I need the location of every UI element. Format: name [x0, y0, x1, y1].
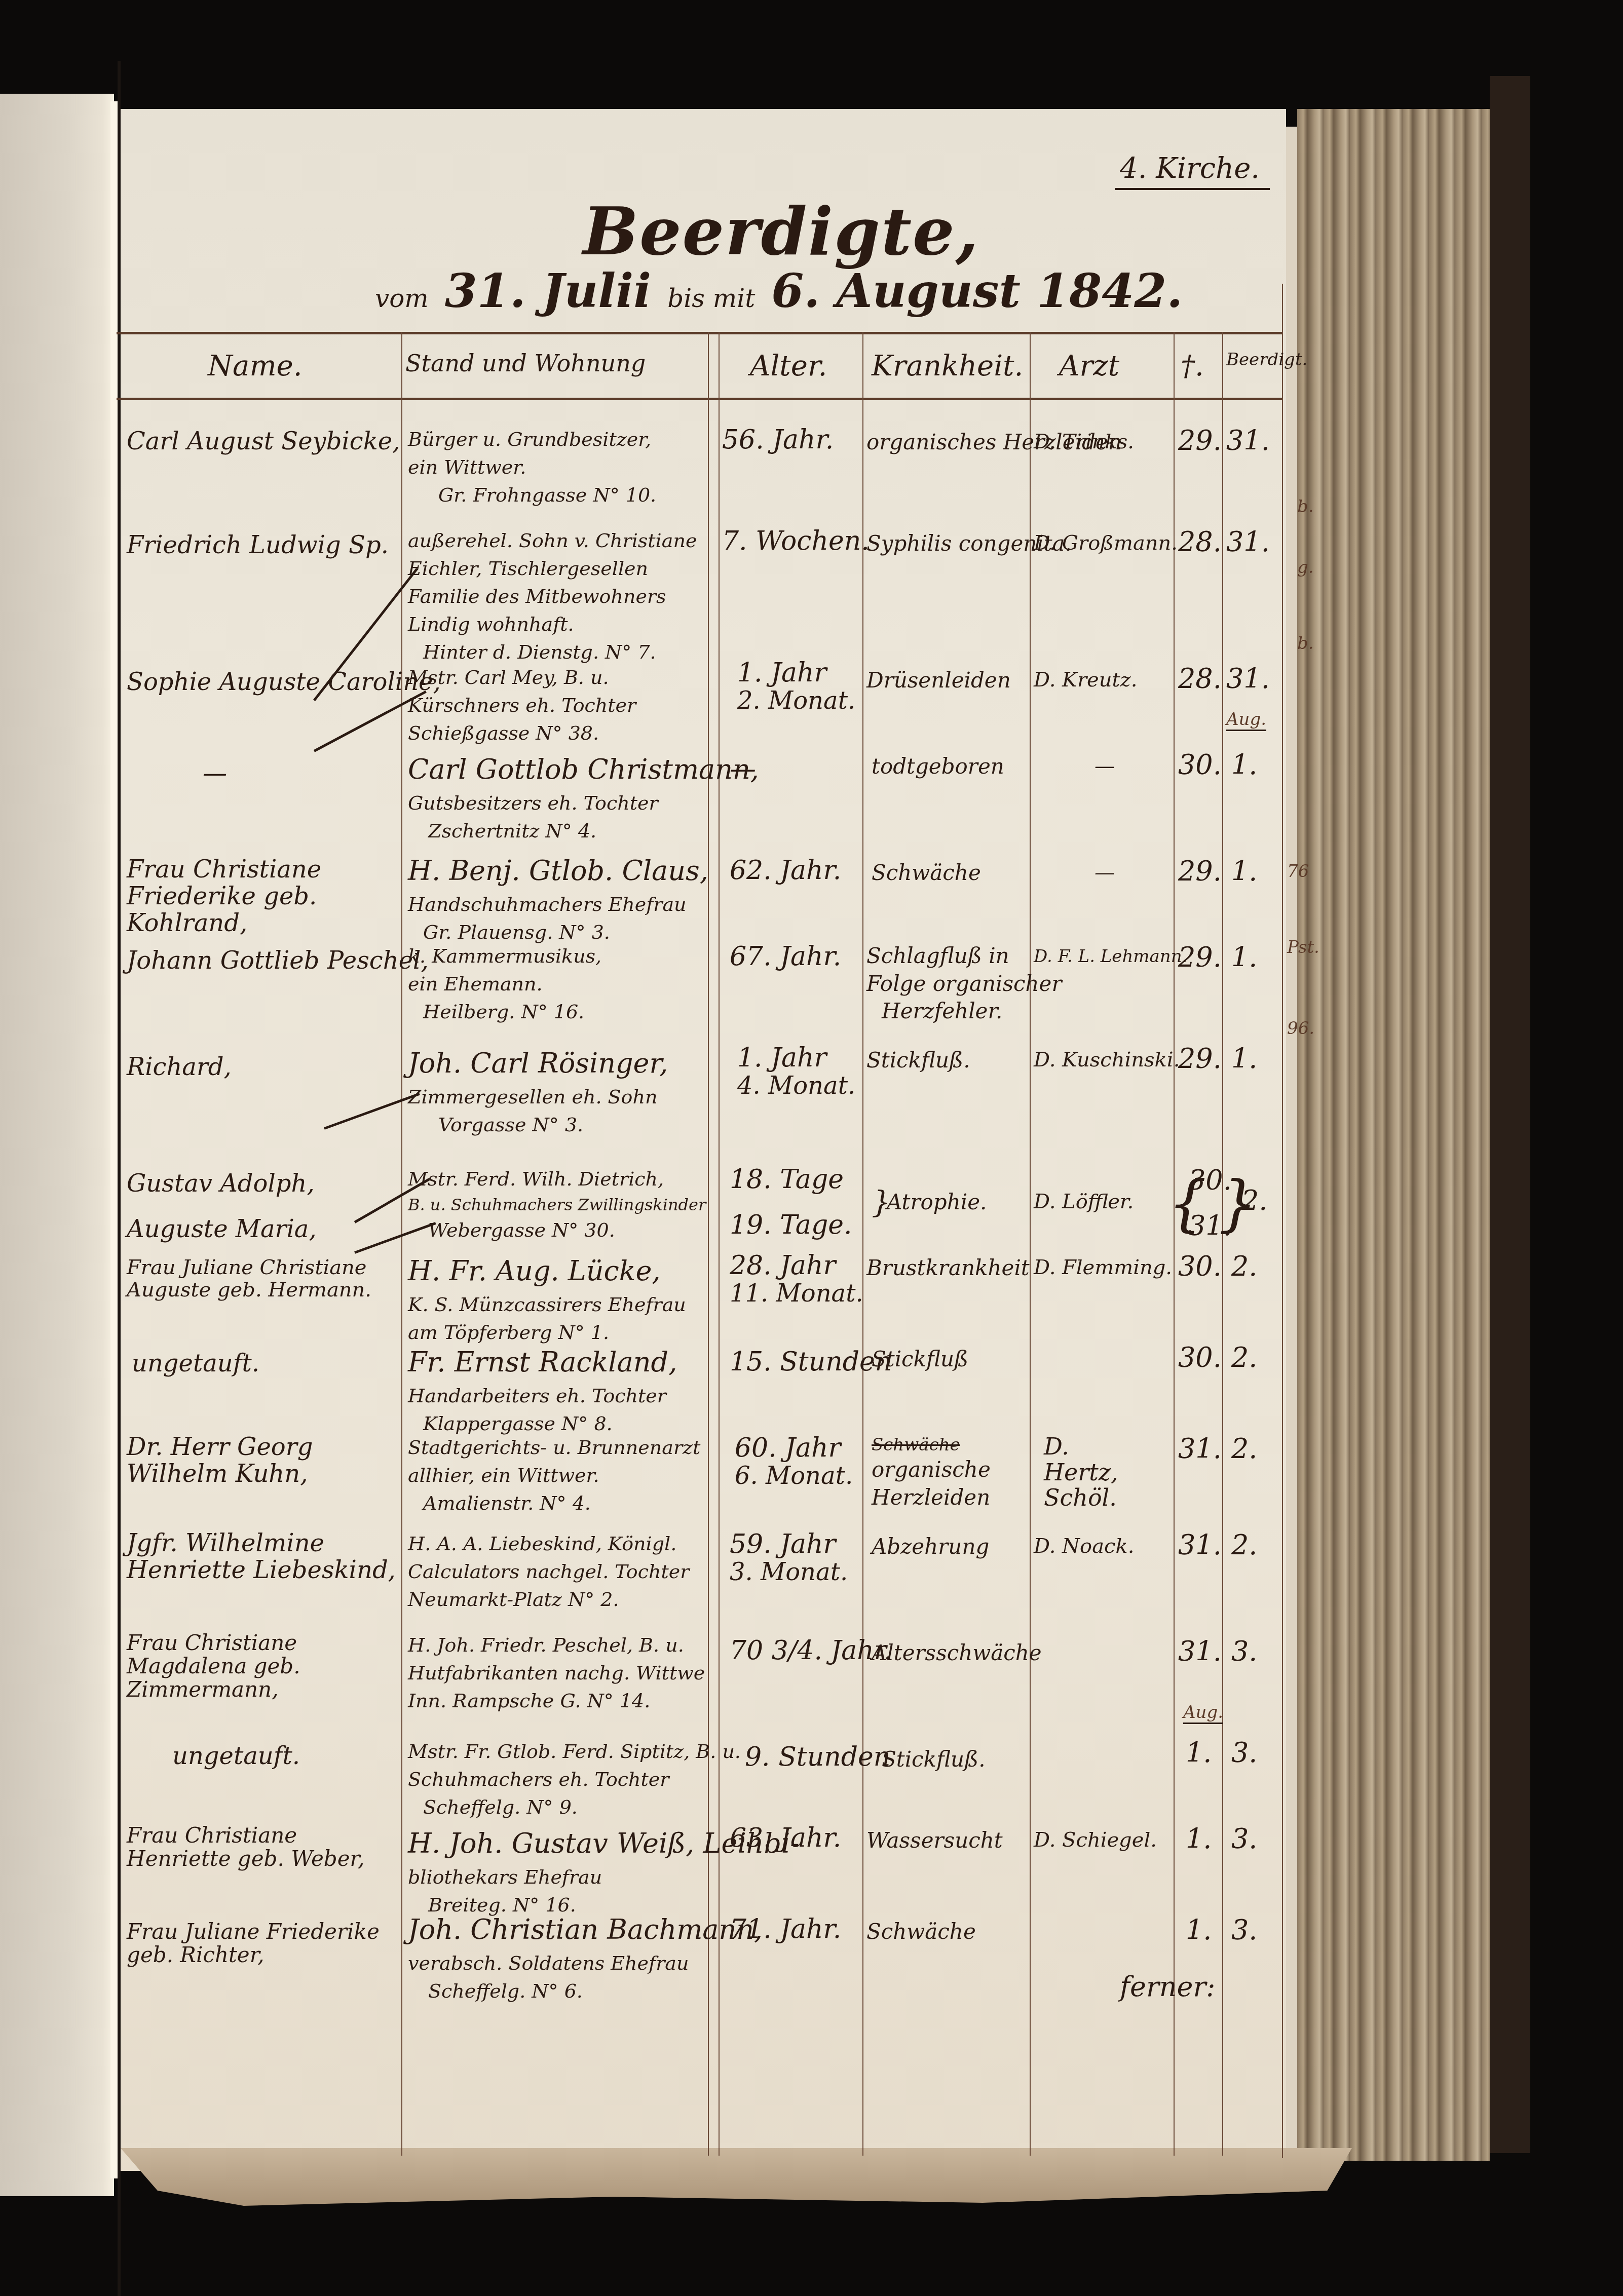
entry-stand: Mstr. Ferd. Wilh. Dietrich, B. u. Schuhm…: [408, 1165, 706, 1245]
entry-name: Frau Christiane Friederike geb. Kohlrand…: [127, 856, 400, 936]
stand-line: Carl Gottlob Christmann,: [408, 750, 759, 789]
stand-line: Mstr. Fr. Gtlob. Ferd. Siptitz, B. u.: [408, 1738, 741, 1766]
entry-krankheit: Schlagfluß in Folge organischer Herzfehl…: [866, 942, 1062, 1025]
stand-line: Zimmergesellen eh. Sohn: [408, 1083, 668, 1111]
entry-beerdigt: 1.: [1231, 856, 1258, 886]
entry-age: 1. Jahr 2. Monat.: [737, 659, 855, 714]
entry-beerdigt: 3.: [1231, 1738, 1258, 1768]
entry-age: —: [730, 755, 756, 784]
age-line: 11. Monat.: [730, 1280, 863, 1307]
entry-gestorben: 31.: [1178, 1636, 1222, 1666]
month-marker: Aug.: [1183, 1702, 1223, 1724]
continuation-note: ferner:: [1120, 1971, 1216, 2003]
age-line: 59. Jahr: [730, 1529, 836, 1559]
stand-line: Stadtgerichts- u. Brunnenarzt: [408, 1434, 700, 1462]
entry-stand: Fr. Ernst Rackland, Handarbeiters eh. To…: [408, 1343, 677, 1438]
header-stand: Stand und Wohnung: [405, 350, 646, 377]
date-to: 6. August 1842.: [771, 263, 1183, 318]
struck-diagnosis: Schwäche: [872, 1434, 1003, 1456]
entry-beerdigt: 2.: [1231, 1530, 1258, 1560]
entry-stand: Joh. Carl Rösinger, Zimmergesellen eh. S…: [408, 1044, 668, 1139]
stand-line: Joh. Christian Bachmann,: [408, 1910, 763, 1949]
stand-line: Kürschners eh. Tochter: [408, 692, 636, 719]
stand-line: K. S. Münzcassirers Ehefrau: [408, 1291, 686, 1319]
header-krankheit: Krankheit.: [872, 350, 1023, 382]
stand-line: Webergasse N° 30.: [408, 1216, 706, 1244]
age-line: 4. Monat.: [737, 1073, 855, 1099]
header-alter: Alter.: [750, 350, 827, 382]
entry-beerdigt: 3.: [1231, 1824, 1258, 1854]
entry-beerdigt: 1.: [1231, 1044, 1258, 1074]
table-header-rule: [117, 398, 1282, 400]
entry-beerdigt: 3.: [1231, 1915, 1258, 1945]
entry-stand: Mstr. Fr. Gtlob. Ferd. Siptitz, B. u. Sc…: [408, 1738, 741, 1821]
entry-arzt: D. Noack.: [1034, 1535, 1134, 1557]
krankheit-line: organische Herzleiden: [872, 1456, 1003, 1511]
entry-name: Frau Christiane Magdalena geb. Zimmerman…: [127, 1631, 400, 1702]
margin-mark: Pst.: [1287, 937, 1319, 958]
entry-gestorben: 28.: [1178, 527, 1222, 557]
entry-arzt: —: [1094, 755, 1115, 777]
stand-line: B. u. Schuhmachers Zwillingskinder: [408, 1193, 706, 1216]
entry-krankheit: Schwäche: [872, 861, 981, 885]
stand-line: Eichler, Tischlergesellen: [408, 555, 697, 583]
entry-krankheit: Abzehrung: [872, 1535, 989, 1558]
entry-name: ungetauft.: [172, 1743, 300, 1770]
entry-krankheit: Atrophie.: [887, 1191, 987, 1214]
entry-gestorben: 29.: [1178, 1044, 1222, 1074]
entry-beerdigt: 2.: [1231, 1434, 1258, 1464]
entry-krankheit: todtgeboren: [872, 755, 1004, 778]
stand-line: Scheffelg. N° 6.: [408, 1977, 763, 2005]
date-from: 31. Julii: [445, 263, 651, 318]
entry-age: 62. Jahr.: [730, 856, 841, 885]
stand-line: Hinter d. Dienstg. N° 7.: [408, 638, 697, 666]
stand-line: Bürger u. Grundbesitzer,: [408, 426, 656, 453]
stand-line: Gutsbesitzers eh. Tochter: [408, 789, 759, 817]
entry-arzt: D. Löffler.: [1034, 1191, 1134, 1213]
entry-arzt: D. Schiegel.: [1034, 1829, 1157, 1851]
entry-beerdigt: 31.: [1226, 426, 1270, 455]
entry-name: Frau Juliane Christiane Auguste geb. Her…: [127, 1256, 400, 1301]
entry-name: ungetauft.: [132, 1350, 259, 1377]
month-marker: Aug.: [1226, 709, 1266, 731]
entry-name: —: [203, 760, 227, 787]
date-mid: bis mit: [667, 284, 755, 313]
entry-age: 59. Jahr 3. Monat.: [730, 1530, 848, 1586]
entry-gestorben: 29.: [1178, 426, 1222, 455]
age-line: 3. Monat.: [730, 1559, 848, 1586]
entry-gestorben: 30.: [1178, 750, 1222, 780]
entry-beerdigt: 2.: [1231, 1251, 1258, 1281]
entry-gestorben: 30.: [1178, 1251, 1222, 1281]
krankheit-line: Schlagfluß in: [866, 942, 1062, 970]
stand-line: k. Kammermusikus,: [408, 942, 601, 970]
entry-arzt: D. Flemming.: [1034, 1256, 1172, 1279]
entry-age: 63. Jahr.: [730, 1824, 841, 1853]
stand-line: Inn. Rampsche G. N° 14.: [408, 1687, 705, 1715]
stand-line: außerehel. Sohn v. Christiane: [408, 527, 697, 555]
entry-age: 60. Jahr 6. Monat.: [735, 1434, 853, 1489]
entry-age: 19. Tage.: [730, 1211, 852, 1240]
entry-gestorben: 1.: [1186, 1824, 1212, 1854]
stand-line: Handschuhmachers Ehefrau: [408, 891, 708, 919]
entry-beerdigt: 31.: [1226, 527, 1270, 557]
corner-note: 4. Kirche.: [1115, 152, 1270, 190]
entry-name: Auguste Maria,: [127, 1216, 317, 1243]
entry-name: Jgfr. Wilhelmine Henriette Liebeskind,: [127, 1530, 400, 1584]
entry-stand: Joh. Christian Bachmann, verabsch. Solda…: [408, 1910, 763, 2005]
age-line: 1. Jahr: [737, 1043, 826, 1073]
entry-beerdigt: 1.: [1231, 942, 1258, 972]
entry-age: 56. Jahr.: [722, 426, 834, 454]
column-divider: [401, 332, 402, 2156]
entry-gestorben: 29.: [1178, 942, 1222, 972]
stand-line: Gr. Frohngasse N° 10.: [408, 481, 656, 509]
entry-krankheit: Drüsenleiden: [866, 669, 1011, 692]
krankheit-line: Herzfehler.: [866, 998, 1062, 1025]
entry-stand: Stadtgerichts- u. Brunnenarzt allhier, e…: [408, 1434, 700, 1517]
entry-stand: Mstr. Carl Mey, B. u. Kürschners eh. Toc…: [408, 664, 636, 747]
stand-line: Zschertnitz N° 4.: [408, 817, 759, 845]
entry-age: 67. Jahr.: [730, 942, 841, 971]
entry-beerdigt: 2.: [1231, 1343, 1258, 1372]
entry-name: Sophie Auguste Caroline,: [127, 669, 441, 696]
stand-line: Amalienstr. N° 4.: [408, 1489, 700, 1517]
stand-line: ein Wittwer.: [408, 453, 656, 481]
stand-line: Schießgasse N° 38.: [408, 719, 636, 747]
page-title: Beerdigte,: [583, 193, 979, 270]
stand-line: bliothekars Ehefrau: [408, 1863, 800, 1891]
entry-krankheit: Stickfluß.: [866, 1049, 970, 1072]
entry-name: Friedrich Ludwig Sp.: [127, 532, 389, 559]
stand-line: Neumarkt-Platz N° 2.: [408, 1586, 689, 1614]
entry-stand: k. Kammermusikus, ein Ehemann. Heilberg.…: [408, 942, 601, 1026]
entry-age: 9. Stunden: [745, 1743, 890, 1772]
register-sheet: 4. Kirche. Beerdigte, vom 31. Julii bis …: [0, 0, 1623, 2296]
date-range: vom 31. Julii bis mit 6. August 1842.: [375, 263, 1183, 318]
entry-arzt: D. Großmann.: [1034, 532, 1178, 554]
entry-krankheit: Schwäche: [866, 1920, 976, 1943]
entry-arzt: D. Kuschinski.: [1034, 1049, 1180, 1071]
entry-gestorben: 1.: [1186, 1738, 1212, 1768]
date-prefix: vom: [375, 284, 429, 313]
column-divider: [1174, 332, 1175, 2156]
entry-beerdigt: 3.: [1231, 1636, 1258, 1666]
margin-mark: 76: [1287, 861, 1309, 882]
column-divider: [1222, 332, 1223, 2156]
age-line: 1. Jahr: [737, 658, 826, 688]
entry-arzt: D. Trinks.: [1034, 431, 1134, 453]
entry-gestorben: 1.: [1186, 1915, 1212, 1945]
entry-beerdigt: 31.: [1226, 664, 1270, 694]
header-gestorben: †.: [1181, 350, 1204, 382]
entry-stand: Carl Gottlob Christmann, Gutsbesitzers e…: [408, 750, 759, 845]
age-line: 60. Jahr: [735, 1433, 841, 1463]
pen-stroke: [324, 1093, 420, 1130]
stand-line: Handarbeiters eh. Tochter: [408, 1382, 677, 1410]
entry-gestorben: 31.: [1178, 1530, 1222, 1560]
entry-beerdigt: 2.: [1241, 1185, 1268, 1215]
stand-line: Heilberg. N° 16.: [408, 998, 601, 1026]
entry-arzt: D. Hertz, Schöl.: [1044, 1434, 1135, 1511]
stand-line: Fr. Ernst Rackland,: [408, 1343, 677, 1382]
entry-krankheit: Wassersucht: [866, 1829, 1003, 1852]
entry-name: Frau Juliane Friederike geb. Richter,: [127, 1920, 400, 1967]
stand-line: Mstr. Ferd. Wilh. Dietrich,: [408, 1165, 706, 1193]
entry-stand: außerehel. Sohn v. Christiane Eichler, T…: [408, 527, 697, 666]
header-beerdigt: Beerdigt.: [1226, 350, 1277, 370]
stand-line: H. Fr. Aug. Lücke,: [408, 1251, 686, 1291]
entry-age: 7. Wochen.: [722, 527, 870, 556]
entry-name: Gustav Adolph,: [127, 1170, 315, 1197]
entry-age: 1. Jahr 4. Monat.: [737, 1044, 855, 1099]
stand-line: H. A. A. Liebeskind, Königl.: [408, 1530, 689, 1558]
header-arzt: Arzt: [1059, 350, 1119, 382]
margin-mark: g.: [1297, 557, 1314, 578]
stand-line: Familie des Mitbewohners: [408, 583, 697, 610]
entry-age: 28. Jahr 11. Monat.: [730, 1251, 863, 1307]
entry-stand: H. Benj. Gtlob. Claus, Handschuhmachers …: [408, 851, 708, 946]
entry-beerdigt: 1.: [1231, 750, 1258, 780]
entry-age: 70 3/4. Jahr.: [730, 1636, 892, 1665]
entry-krankheit: Brustkrankheit: [866, 1256, 1030, 1280]
entry-age: 71. Jahr.: [730, 1915, 841, 1944]
stand-line: ein Ehemann.: [408, 970, 601, 998]
entry-name: Richard,: [127, 1054, 232, 1081]
entry-age: 18. Tage: [730, 1165, 844, 1194]
stand-line: H. Joh. Friedr. Peschel, B. u.: [408, 1631, 705, 1659]
entry-arzt: D. Kreutz.: [1034, 669, 1137, 691]
age-line: 28. Jahr: [730, 1250, 836, 1281]
entry-stand: H. Joh. Friedr. Peschel, B. u. Hutfabrik…: [408, 1631, 705, 1715]
column-divider: [1030, 332, 1031, 2156]
stand-line: Scheffelg. N° 9.: [408, 1793, 741, 1821]
entry-gestorben: 31.: [1178, 1434, 1222, 1464]
entry-name: Dr. Herr Georg Wilhelm Kuhn,: [127, 1434, 400, 1487]
stand-line: Vorgasse N° 3.: [408, 1111, 668, 1139]
entry-gestorben: 28.: [1178, 664, 1222, 694]
stand-line: allhier, ein Wittwer.: [408, 1462, 700, 1489]
entry-krankheit: Stickfluß: [872, 1348, 968, 1371]
stand-line: Joh. Carl Rösinger,: [408, 1044, 668, 1083]
column-divider: [862, 332, 863, 2156]
entry-gestorben: 30.: [1178, 1343, 1222, 1372]
margin-mark: b.: [1297, 633, 1314, 654]
stand-line: Schuhmachers eh. Tochter: [408, 1766, 741, 1793]
krankheit-line: Folge organischer: [866, 970, 1062, 998]
stand-line: Calculators nachgel. Tochter: [408, 1558, 689, 1586]
entry-stand: H. Fr. Aug. Lücke, K. S. Münzcassirers E…: [408, 1251, 686, 1347]
entry-name: Carl August Seybicke,: [127, 428, 400, 455]
entry-arzt: D. F. L. Lehmann.: [1034, 947, 1187, 966]
stand-line: H. Benj. Gtlob. Claus,: [408, 851, 708, 891]
table-top-rule: [117, 332, 1282, 334]
stand-line: verabsch. Soldatens Ehefrau: [408, 1949, 763, 1977]
entry-name: Frau Christiane Henriette geb. Weber,: [127, 1824, 400, 1870]
entry-age: 15. Stunden: [730, 1348, 892, 1376]
margin-mark: 96.: [1287, 1018, 1314, 1039]
entry-stand: H. A. A. Liebeskind, Königl. Calculators…: [408, 1530, 689, 1614]
entry-krankheit: Stickfluß.: [882, 1748, 986, 1771]
age-line: 6. Monat.: [735, 1463, 853, 1489]
entry-arzt: —: [1094, 861, 1115, 884]
stand-line: Hutfabrikanten nachg. Wittwe: [408, 1659, 705, 1687]
stand-line: Mstr. Carl Mey, B. u.: [408, 664, 636, 692]
header-name: Name.: [208, 350, 302, 382]
age-line: 2. Monat.: [737, 687, 855, 714]
entry-name: Johann Gottlieb Peschel,: [127, 947, 429, 974]
entry-gestorben: 29.: [1178, 856, 1222, 886]
stand-line: Lindig wohnhaft.: [408, 610, 697, 638]
margin-mark: b.: [1297, 496, 1314, 517]
entry-krankheit: Schwäche organische Herzleiden: [872, 1434, 1003, 1511]
entry-stand: Bürger u. Grundbesitzer, ein Wittwer. Gr…: [408, 426, 656, 509]
entry-krankheit: Altersschwäche: [872, 1641, 1042, 1665]
column-divider: [1282, 284, 1283, 2158]
